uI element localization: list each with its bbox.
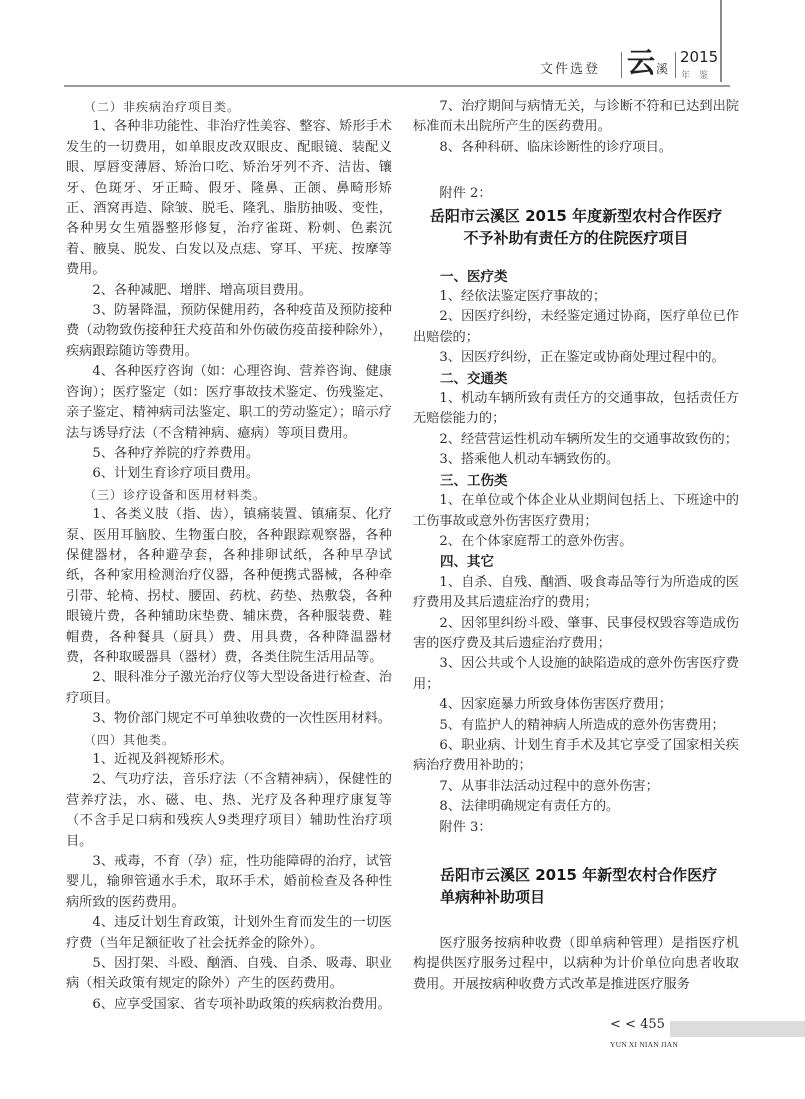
page-number-value: 455 <box>640 1017 665 1032</box>
footer-pinyin-title: YUN XI NIAN JIAN <box>610 1040 678 1049</box>
list-item: 2、因邻里纠纷斗殴、肇事、民事侵权毁容等造成伤害的医疗费及其后遗症治疗费用； <box>413 614 739 655</box>
category-heading: 二、交通类 <box>413 369 739 389</box>
right-column: 7、治疗期间与病情无关，与诊断不符和已达到出院标准而未出院所产生的医药费用。 8… <box>413 97 739 995</box>
header-rule <box>64 85 730 87</box>
list-item: 2、因医疗纠纷，未经鉴定通过协商，医疗单位已作出赔偿的； <box>413 307 739 348</box>
category-heading: 一、医疗类 <box>413 267 739 287</box>
paragraph: 2、各种减肥、增胖、增高项目费用。 <box>66 281 392 301</box>
left-column: （二）非疾病治疗项目类。 1、各种非功能性、非治疗性美容、整容、矫形手术发生的一… <box>66 97 392 1015</box>
header-vertical-rule <box>720 0 722 82</box>
subsection-heading: （三）诊疗设备和医用材料类。 <box>66 485 392 505</box>
page-number: < < 455 <box>610 1017 665 1032</box>
list-item: 4、因家庭暴力所致身体伤害医疗费用； <box>413 695 739 715</box>
paragraph: 1、近视及斜视矫形术。 <box>66 750 392 770</box>
list-item: 1、机动车辆所致有责任方的交通事故，包括责任方无赔偿能力的； <box>413 389 739 430</box>
spacer <box>413 249 739 267</box>
header-section-title: 文件选登 <box>540 58 600 77</box>
category-heading: 三、工伤类 <box>413 471 739 491</box>
list-item: 3、因医疗纠纷，正在鉴定或协商处理过程中的。 <box>413 348 739 368</box>
list-item: 3、因公共或个人设施的缺陷造成的意外伤害医疗费用； <box>413 654 739 695</box>
annex-label: 附件 2： <box>413 184 739 204</box>
list-item: 1、在单位或个体企业从业期间包括上、下班途中的工伤事故或意外伤害医疗费用； <box>413 491 739 532</box>
category-heading: 四、其它 <box>413 552 739 572</box>
list-item: 5、有监护人的精神病人所造成的意外伤害费用； <box>413 716 739 736</box>
annex-title-line: 岳阳市云溪区 2015 年新型农村合作医疗 <box>413 864 739 886</box>
paragraph: 5、因打架、斗殴、酗酒、自残、自杀、吸毒、职业病（相关政策有规定的除外）产生的医… <box>66 954 392 995</box>
paragraph: 3、防暑降温，预防保健用药，各种疫苗及预防接种费（动物致伤接种狂犬疫苗和外伤破伤… <box>66 301 392 362</box>
paragraph: 4、违反计划生育政策，计划外生育而发生的一切医疗费（当年足额征收了社会抚养金的除… <box>66 913 392 954</box>
list-item: 3、搭乘他人机动车辆致伤的。 <box>413 450 739 470</box>
spacer <box>413 908 739 934</box>
subsection-heading: （二）非疾病治疗项目类。 <box>66 97 392 117</box>
paragraph: 6、计划生育诊疗项目费用。 <box>66 464 392 484</box>
yearbook-page: 文件选登 云 溪 2015 年鉴 （二）非疾病治疗项目类。 1、各种非功能性、非… <box>0 0 805 1099</box>
list-item: 2、在个体家庭帮工的意外伤害。 <box>413 532 739 552</box>
annex-title-line: 岳阳市云溪区 2015 年度新型农村合作医疗 <box>413 205 739 227</box>
list-item: 7、从事非法活动过程中的意外伤害； <box>413 777 739 797</box>
annex-label: 附件 3： <box>413 818 739 838</box>
spacer <box>413 838 739 864</box>
list-item: 8、法律明确规定有责任方的。 <box>413 797 739 817</box>
list-item: 2、经营营运性机动车辆所发生的交通事故致伤的； <box>413 430 739 450</box>
list-item: 1、自杀、自残、酗酒、吸食毒品等行为所造成的医疗费用及其后遗症治疗的费用； <box>413 573 739 614</box>
paragraph: 3、戒毒，不育（孕）症，性功能障碍的治疗，试管婴儿，输卵管通水手术，取环手术，婚… <box>66 852 392 913</box>
paragraph: 3、物价部门规定不可单独收费的一次性医用材料。 <box>66 709 392 729</box>
list-item: 6、职业病、计划生育手术及其它享受了国家相关疾病治疗费用补助的； <box>413 736 739 777</box>
paragraph: 6、应享受国家、省专项补助政策的疾病救治费用。 <box>66 995 392 1015</box>
paragraph: 5、各种疗养院的疗养费用。 <box>66 444 392 464</box>
header-logo-sub: 溪 <box>656 60 668 77</box>
paragraph: 2、眼科准分子激光治疗仪等大型设备进行检查、治疗项目。 <box>66 668 392 709</box>
header-year: 2015 <box>680 48 718 66</box>
annex-title-line: 不予补助有责任方的住院医疗项目 <box>413 227 739 249</box>
spacer <box>413 158 739 184</box>
nav-arrows-icon: < < <box>610 1017 636 1032</box>
footer-bar <box>670 1021 805 1037</box>
subsection-heading: （四）其他类。 <box>66 730 392 750</box>
paragraph: 1、各种非功能性、非治疗性美容、整容、矫形手术发生的一切费用，如单眼皮改双眼皮、… <box>66 117 392 280</box>
annex-title-line: 单病种补助项目 <box>413 886 739 908</box>
header-logo-main: 云 <box>627 48 655 78</box>
header-separator <box>675 52 676 78</box>
paragraph: 2、气功疗法，音乐疗法（不含精神病），保健性的营养疗法，水、磁、电、热、光疗及各… <box>66 770 392 852</box>
paragraph: 医疗服务按病种收费（即单病种管理）是指医疗机构提供医疗服务过程中，以病种为计价单… <box>413 934 739 995</box>
list-item: 1、经依法鉴定医疗事故的； <box>413 287 739 307</box>
header-separator <box>621 52 622 78</box>
paragraph: 1、各类义肢（指、齿），镇痛装置、镇痛泵、化疗泵、医用耳脑胶、生物蛋白胶，各种跟… <box>66 505 392 668</box>
paragraph: 4、各种医疗咨询（如：心理咨询、营养咨询、健康咨询）；医疗鉴定（如：医疗事故技术… <box>66 362 392 444</box>
paragraph: 7、治疗期间与病情无关，与诊断不符和已达到出院标准而未出院所产生的医药费用。 <box>413 97 739 138</box>
paragraph: 8、各种科研、临床诊断性的诊疗项目。 <box>413 138 739 158</box>
header-yearbook-label: 年鉴 <box>681 68 717 81</box>
